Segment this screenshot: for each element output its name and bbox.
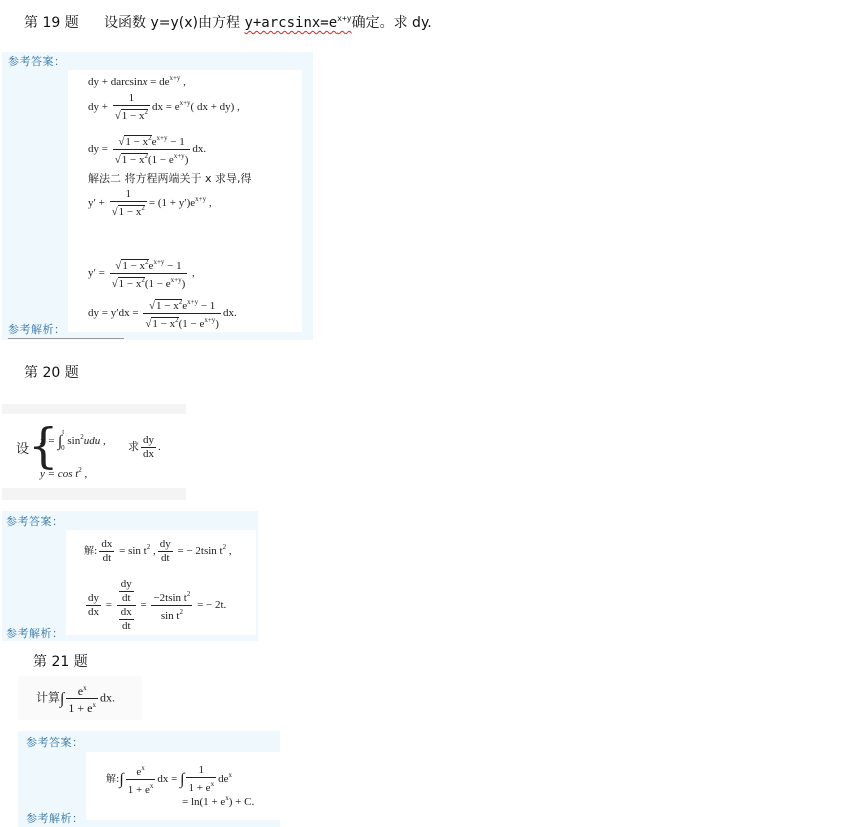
question-number: 第 21 题 [33,654,88,670]
answer-label: 参考答案： [8,53,66,69]
solution-method-two: 解法二 将方程两端关于 x 求导,得 [88,170,252,186]
divider [8,338,124,339]
question-number: 第 19 题 [24,15,79,31]
equation-y: y = cos t2 , [40,466,87,480]
analysis-label: 参考解析： [26,810,84,826]
answer-label: 参考答案： [26,734,84,750]
analysis-label: 参考解析： [6,625,64,641]
solution-line-1: 解:dxdt = sin t2 ,dydt = − 2tsin t2 , [84,538,232,565]
question-21-title: 第 21 题 [33,651,88,671]
find-dy-dx: 求dydx. [128,434,161,461]
question-equation: y+arcsinx=ex+y [244,15,351,31]
question-prompt-suffix: 确定。求 dy. [352,15,432,31]
solution-line-3: dy = 1 − x2ex+y − 11 − x2(1 − ex+y)dx. [88,132,206,167]
answer-label: 参考答案： [6,513,64,529]
question-number: 第 20 题 [24,365,79,381]
solution-line-6: y′ = 1 − x2ex+y − 11 − x2(1 − ex+y) , [88,256,195,291]
question-20-title: 第 20 题 [24,362,79,382]
analysis-label: 参考解析： [8,321,66,337]
compute-integral: 计算∫ex1 + exdx. [36,682,115,715]
equation-x: x = ∫t0 sin2udu , [40,428,106,452]
solution-image-19: dy + darcsinx = dex+y , dy + 11 − x2dx =… [68,70,302,332]
question-21-image: 计算∫ex1 + exdx. [18,676,142,720]
solution-line-1: 解:∫ex1 + exdx = ∫11 + exdex [106,762,232,797]
solution-line-2: = ln(1 + ex) + C. [182,794,254,808]
solution-line-7: dy = y′dx = 1 − x2ex+y − 11 − x2(1 − ex+… [88,296,237,331]
question-19-title: 第 19 题 设函数 y=y(x)由方程 y+arcsinx=ex+y确定。求 … [24,12,432,32]
solution-line-2: dydx = dydtdxdt = −2tsin t2sin t2 = − 2t… [84,578,226,633]
solution-image-20: 解:dxdt = sin t2 ,dydt = − 2tsin t2 , dyd… [66,530,256,635]
question-20-image: 设 { x = ∫t0 sin2udu , y = cos t2 , 求dydx… [2,404,186,500]
question-prompt-prefix: 设函数 y=y(x)由方程 [104,15,244,31]
solution-image-21: 解:∫ex1 + exdx = ∫11 + exdex = ln(1 + ex)… [86,752,280,820]
solution-line-2: dy + 11 − x2dx = ex+y( dx + dy) , [88,92,240,123]
solution-line-1: dy + darcsinx = dex+y , [88,74,186,88]
solution-line-5: y′ + 11 − x2= (1 + y′)ex+y , [88,188,212,219]
